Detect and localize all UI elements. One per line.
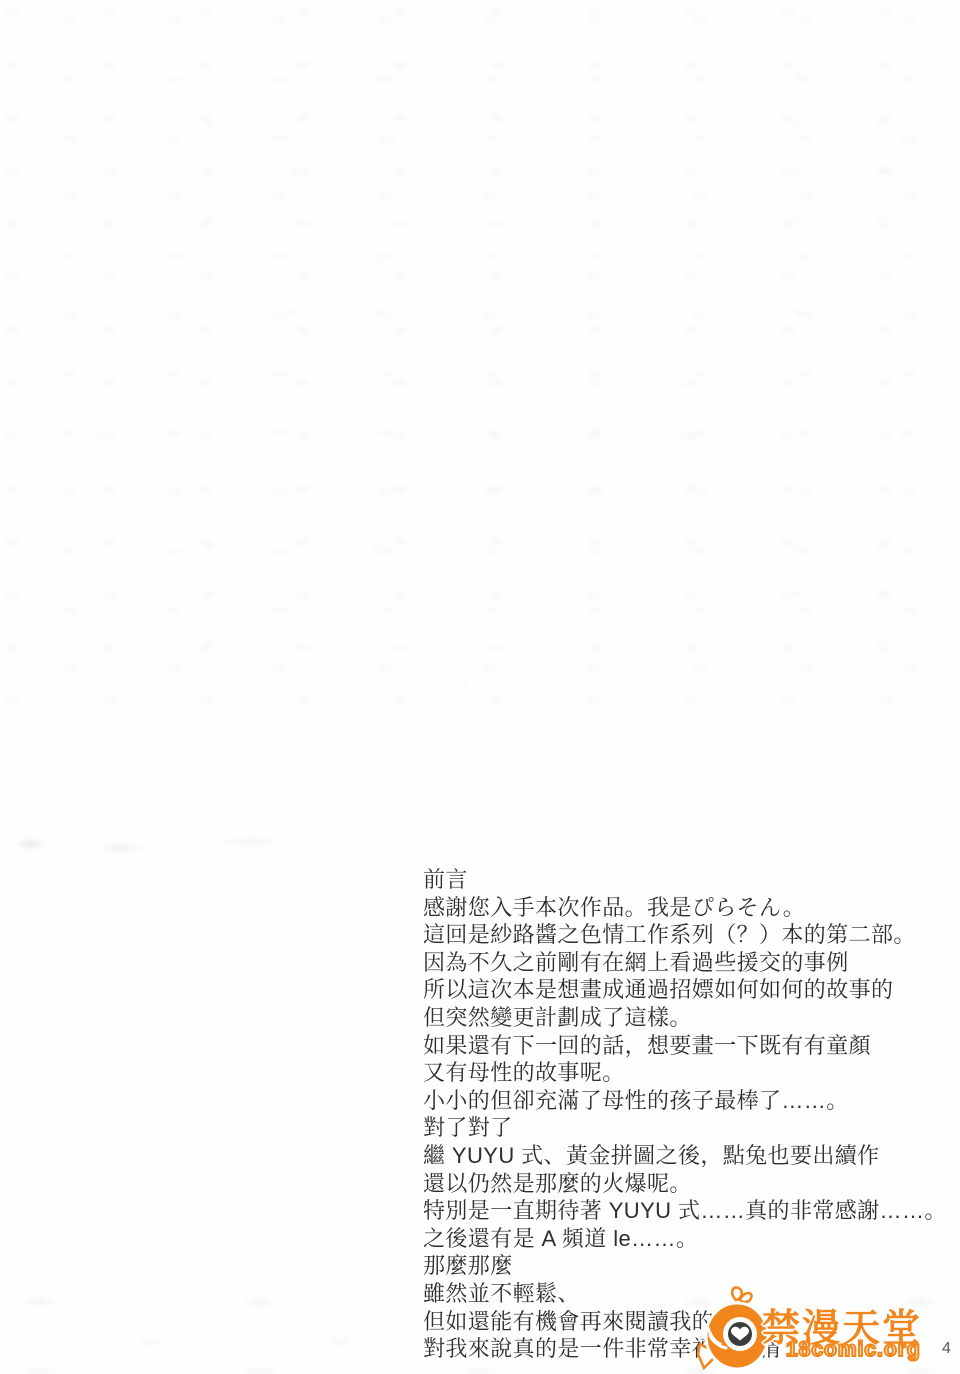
foreword-heading: 前言 [423,866,957,894]
page-bleedthrough-texture [0,0,960,705]
foreword-line: 但突然變更計劃成了這樣。 [423,1004,957,1032]
foreword-line: 還以仍然是那麼的火爆呢。 [423,1170,957,1198]
foreword-line: 小小的但卻充滿了母性的孩子最棒了……。 [423,1087,957,1115]
foreword-line: 雖然並不輕鬆、 [423,1280,957,1308]
foreword-line: 對我來說真的是一件非常幸福的事情 [423,1335,957,1363]
foreword-line: 感謝您入手本次作品。我是ぴらそん。 [423,894,957,922]
foreword-line: 這回是紗路醬之色情工作系列（？）本的第二部。 [423,921,957,949]
foreword-line: 如果還有下一回的話，想要畫一下既有有童顏 [423,1032,957,1060]
foreword-line: 又有母性的故事呢。 [423,1059,957,1087]
page-number: 4 [942,1340,951,1358]
foreword-line: 那麼那麼 [423,1252,957,1280]
foreword-line: 因為不久之前剛有在網上看過些援交的事例 [423,949,957,977]
scanned-doujin-foreword-page: 前言 感謝您入手本次作品。我是ぴらそん。 這回是紗路醬之色情工作系列（？）本的第… [0,0,960,1374]
foreword-line: 之後還有是 A 頻道 le……。 [423,1225,957,1253]
foreword-line: 所以這次本是想畫成通過招嫖如何如何的故事的 [423,976,957,1004]
foreword-line: 但如還能有機會再來閱讀我的 [423,1308,957,1336]
foreword-line: 對了對了 [423,1114,957,1142]
foreword-line: 特別是一直期待著 YUYU 式……真的非常感謝……。 [423,1197,957,1225]
foreword-text-block: 前言 感謝您入手本次作品。我是ぴらそん。 這回是紗路醬之色情工作系列（？）本的第… [423,866,957,1363]
foreword-line: 繼 YUYU 式、黃金拼圖之後，點兔也要出續作 [423,1142,957,1170]
bleedthrough-smudge [0,828,370,862]
